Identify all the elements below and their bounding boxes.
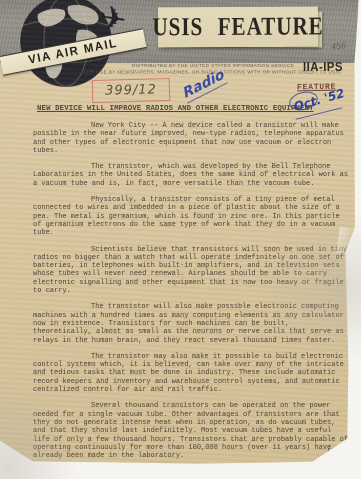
- red-stamp-box: 399/12: [92, 78, 171, 103]
- scanned-press-release-sheet: ✈ VIA AIR MAIL USIS FEATURE 456 DISTRIBU…: [0, 0, 361, 479]
- paragraph: Several thousand transistors can be oper…: [33, 402, 352, 460]
- masthead-face: USIS FEATURE: [158, 7, 318, 48]
- pencil-page-number: 456: [331, 40, 347, 52]
- paragraph: New York City -- A new device called a t…: [33, 122, 352, 155]
- article-title: NEW DEVICE WILL IMPROVE RADIOS AND OTHER…: [37, 105, 337, 113]
- article-body: New York City -- A new device called a t…: [33, 122, 352, 468]
- paragraph: The transistor may also make it possible…: [33, 353, 352, 394]
- file-code: IIA-IPS: [303, 59, 343, 74]
- stamp-number: 399/12: [105, 82, 157, 98]
- paper-tear-highlight: [336, 227, 359, 256]
- usis-feature-masthead: USIS FEATURE: [158, 7, 322, 49]
- paragraph: The transistor, which was developed by t…: [33, 163, 352, 188]
- masthead-title: USIS FEATURE: [152, 12, 323, 42]
- paragraph: Scientists believe that transistors will…: [33, 246, 352, 296]
- continuation-marker: (more: [327, 447, 348, 456]
- paragraph: The transistor will also make possible e…: [33, 303, 352, 344]
- paragraph: Physically, a transistor consists of a t…: [33, 196, 352, 237]
